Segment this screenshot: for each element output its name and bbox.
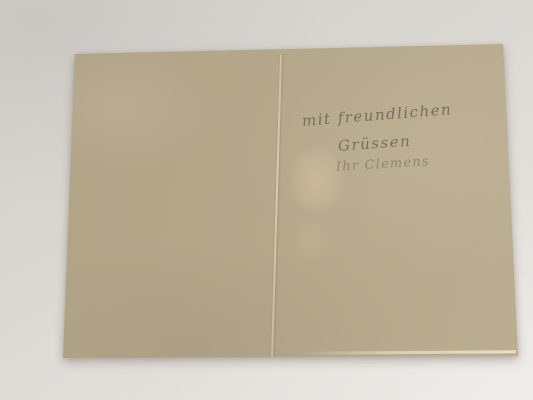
handwriting-line-1: mit freundlichen: [301, 100, 452, 130]
paper-edge-highlight: [300, 350, 516, 355]
paper-card: mit freundlichen Grüssen Ihr Clemens: [0, 0, 533, 400]
paper-card-shadow: mit freundlichen Grüssen Ihr Clemens: [0, 0, 533, 400]
handwriting-line-2: Grüssen: [337, 132, 411, 155]
stain-mark-secondary: [283, 205, 338, 275]
photo-background: mit freundlichen Grüssen Ihr Clemens: [0, 0, 533, 400]
